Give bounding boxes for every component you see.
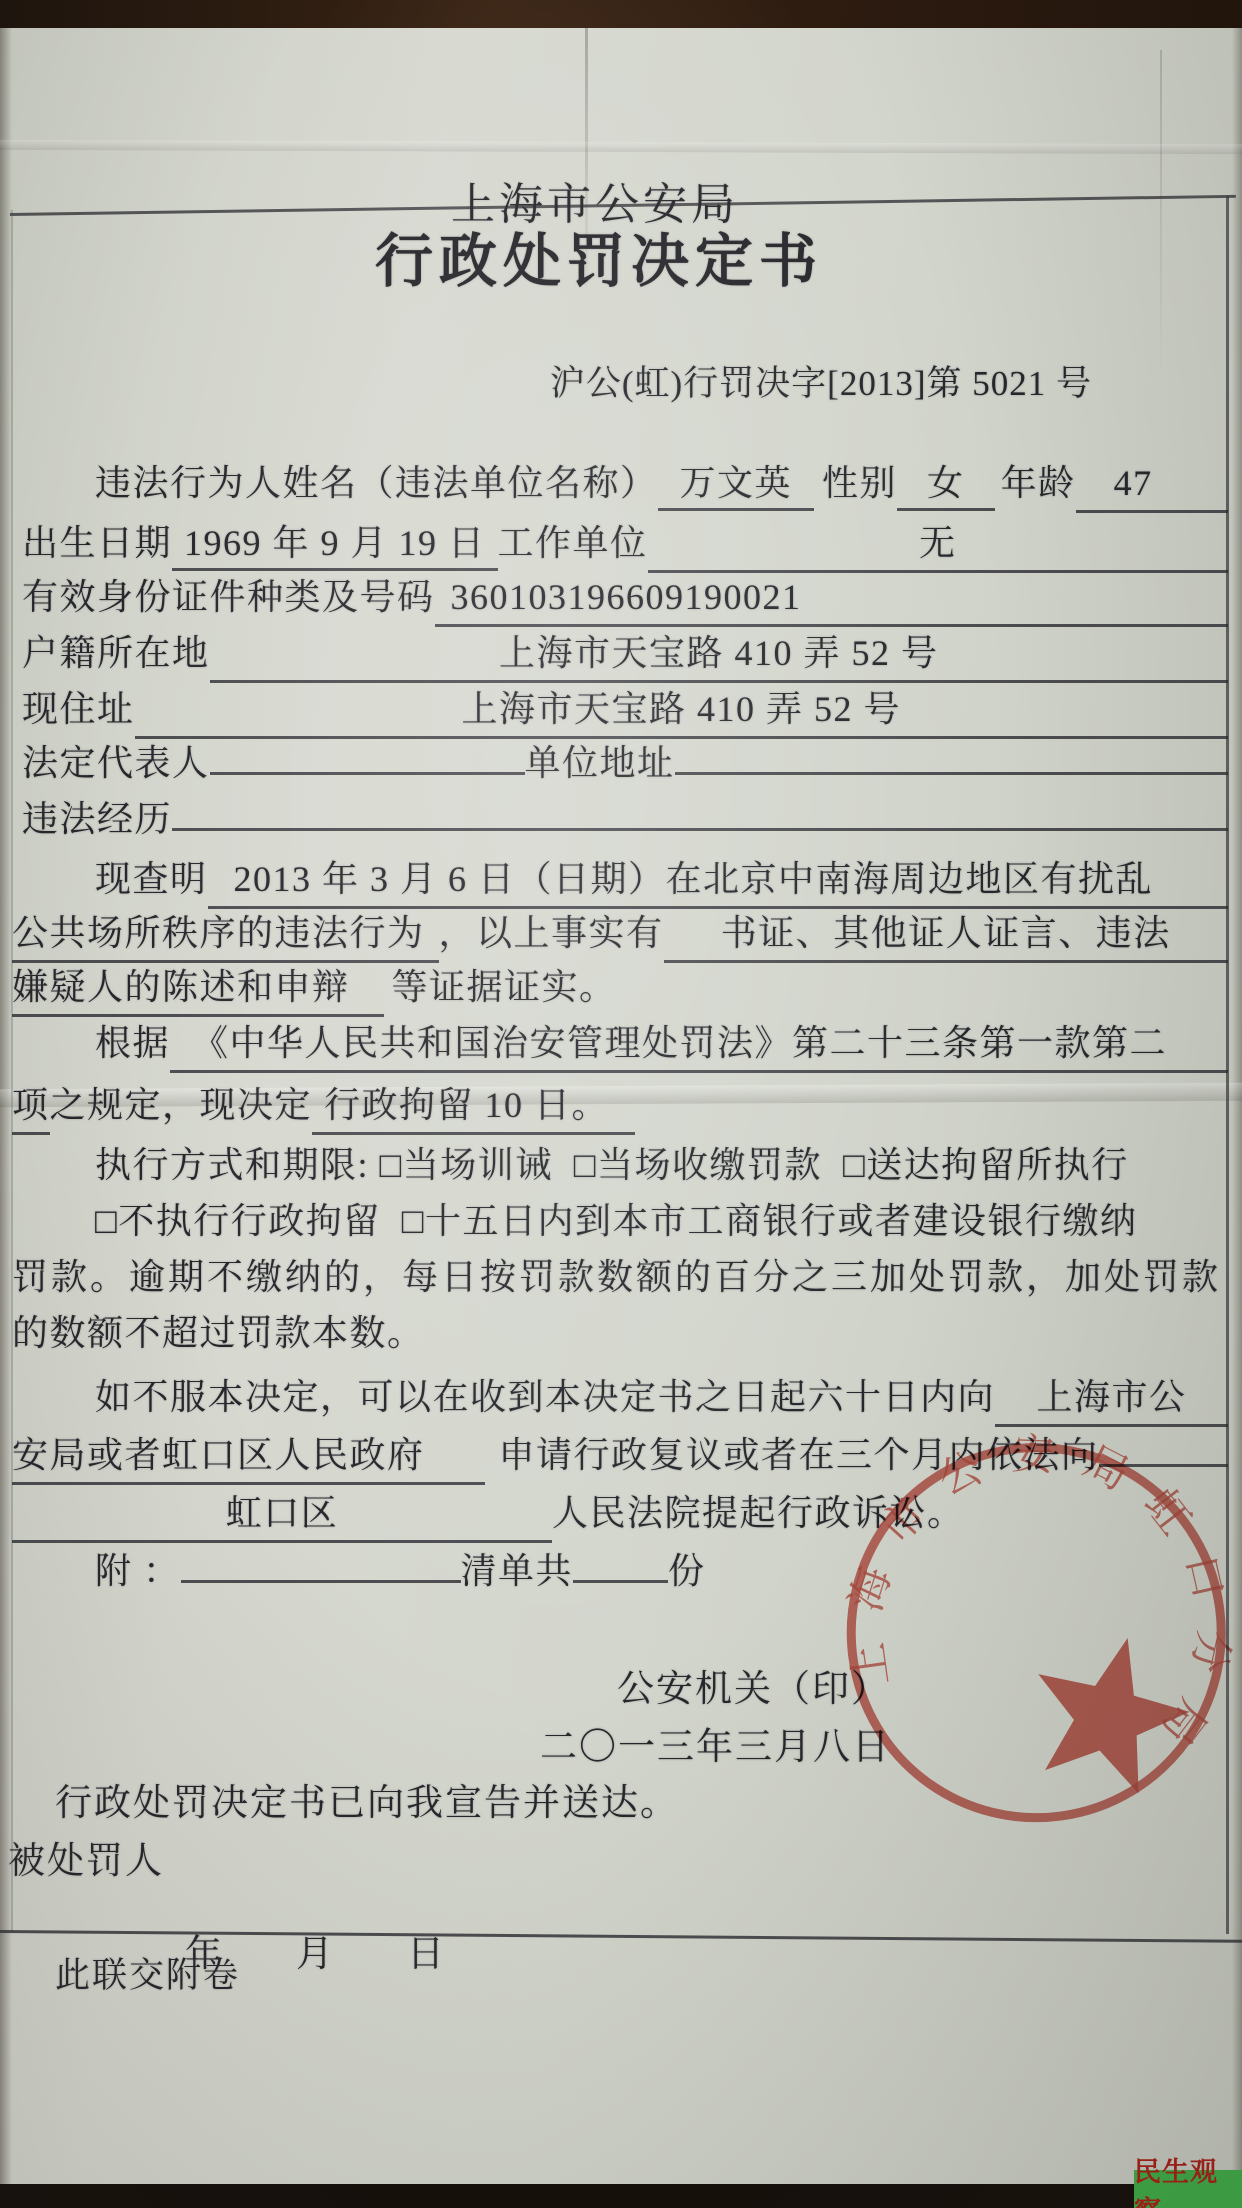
punished-person-label: 被处罚人 xyxy=(8,1830,164,1884)
findings-evidence2: 嫌疑人的陈述和申辩 xyxy=(12,962,384,1017)
unit-address-blank xyxy=(675,770,1228,775)
appeal-authority-2: 安局或者虹口区人民政府 xyxy=(12,1430,485,1485)
dob-value: 1969 年 9 月 19 日 xyxy=(172,518,498,571)
basis-text-cont: 项 xyxy=(12,1080,50,1135)
findings-intro: 现查明 xyxy=(95,854,208,904)
field-line-hukou: 户籍所在地 上海市天宝路 410 弄 52 号 xyxy=(22,628,1228,683)
appeal-court: 虹口区 xyxy=(12,1488,552,1543)
findings-mid: ，以上事实有 xyxy=(439,908,664,958)
field-line-record: 违法经历 xyxy=(22,794,1228,844)
findings-line-2: 公共场所秩序的违法行为 ，以上事实有 书证、其他证人证言、违法 xyxy=(12,908,1228,963)
legal-rep-label: 法定代表人 xyxy=(22,738,210,788)
delivery-notice: 行政处罚决定书已向我宣告并送达。 xyxy=(55,1772,679,1826)
work-unit-value: 无 xyxy=(648,518,1228,573)
document-number: 沪公(虹)行罚决字[2013]第 5021 号 xyxy=(0,356,1092,406)
attachment-blank-2 xyxy=(573,1578,668,1583)
id-value: 360103196609190021 xyxy=(435,572,1228,627)
decision-mid: 之规定，现决定 xyxy=(50,1080,313,1130)
document-title: 行政处罚决定书 xyxy=(0,214,1198,298)
month-label: 月 xyxy=(296,1934,335,1975)
copy-footer-note: 此联交附卷 xyxy=(55,1948,240,1998)
attachment-line: 附 ： 清单共 份 xyxy=(95,1546,706,1596)
address-value: 上海市天宝路 410 弄 52 号 xyxy=(135,684,1228,739)
legal-rep-blank xyxy=(210,770,525,775)
field-line-name: 违法行为人姓名（违法单位名称） 万文英 性别 女 年龄 47 xyxy=(95,458,1228,513)
photo-dark-edge-bottom xyxy=(0,2184,1242,2208)
appeal-authority-1: 上海市公 xyxy=(995,1372,1228,1427)
attachment-blank-1 xyxy=(181,1578,461,1583)
attachment-tail: 份 xyxy=(668,1546,706,1596)
findings-line-3: 嫌疑人的陈述和申辩 等证据证实。 xyxy=(12,962,617,1017)
execution-text-2: □不执行行政拘留 □十五日内到本市工商银行或者建设银行缴纳 xyxy=(95,1196,1138,1246)
field-line-legal-rep: 法定代表人 单位地址 xyxy=(22,738,1228,788)
hukou-value: 上海市天宝路 410 弄 52 号 xyxy=(210,628,1228,683)
field-line-dob: 出生日期 1969 年 9 月 19 日 工作单位 无 xyxy=(22,518,1228,573)
photo-of-document: 上海市公安局 行政处罚决定书 沪公(虹)行罚决字[2013]第 5021 号 违… xyxy=(0,0,1242,2208)
penalty-value: 行政拘留 10 日。 xyxy=(312,1080,635,1135)
age-label: 年龄 xyxy=(1001,458,1076,508)
execution-line-4: 的数额不超过罚款本数。 xyxy=(12,1308,425,1358)
execution-line-2: □不执行行政拘留 □十五日内到本市工商银行或者建设银行缴纳 xyxy=(95,1196,1138,1246)
address-label: 现住址 xyxy=(22,684,135,734)
basis-text: 《中华人民共和国治安管理处罚法》第二十三条第一款第二 xyxy=(170,1018,1228,1073)
field-line-id: 有效身份证件种类及号码 360103196609190021 xyxy=(22,572,1228,627)
basis-label: 根据 xyxy=(95,1018,170,1068)
sex-label: 性别 xyxy=(822,458,897,508)
day-label: 日 xyxy=(407,1934,446,1975)
findings-tail: 等证据证实。 xyxy=(392,962,617,1012)
name-label: 违法行为人姓名（违法单位名称） xyxy=(95,458,658,508)
id-label: 有效身份证件种类及号码 xyxy=(22,572,435,622)
photo-dark-edge-top xyxy=(0,0,1242,28)
appeal-line-3: 虹口区 人民法院提起行政诉讼。 xyxy=(12,1488,965,1543)
findings-line-1: 现查明 2013 年 3 月 6 日（日期）在北京中南海周边地区有扰乱 xyxy=(95,854,1228,909)
paper-shadow-right xyxy=(1232,28,1242,2184)
name-value: 万文英 xyxy=(658,458,815,511)
appeal-line-1: 如不服本决定，可以在收到本决定书之日起六十日内向 上海市公 xyxy=(95,1372,1228,1427)
field-line-address: 现住址 上海市天宝路 410 弄 52 号 xyxy=(22,684,1228,739)
findings-fact1: 2013 年 3 月 6 日（日期）在北京中南海周边地区有扰乱 xyxy=(208,854,1228,909)
decision-line-1: 根据 《中华人民共和国治安管理处罚法》第二十三条第一款第二 xyxy=(95,1018,1228,1073)
dob-label: 出生日期 xyxy=(22,518,172,568)
decision-line-2: 项 之规定，现决定 行政拘留 10 日。 xyxy=(12,1080,635,1135)
findings-fact2: 公共场所秩序的违法行为 xyxy=(12,908,439,963)
attachment-mid: 清单共 xyxy=(461,1546,574,1596)
attachment-label: 附 ： xyxy=(95,1546,181,1596)
work-unit-label: 工作单位 xyxy=(498,518,648,568)
findings-evidence1: 书证、其他证人证言、违法 xyxy=(664,908,1228,963)
seal-star xyxy=(1016,1619,1203,1801)
record-blank xyxy=(172,826,1228,831)
age-value: 47 xyxy=(1076,458,1228,513)
record-label: 违法经历 xyxy=(22,794,172,844)
execution-line-3: 罚款。逾期不缴纳的，每日按罚款数额的百分之三加处罚款，加处罚款 xyxy=(12,1252,1221,1302)
execution-line-1: 执行方式和期限: □当场训诫 □当场收缴罚款 □送达拘留所执行 xyxy=(95,1140,1129,1190)
sex-value: 女 xyxy=(897,458,995,511)
hukou-label: 户籍所在地 xyxy=(22,628,210,678)
appeal-text-1: 如不服本决定，可以在收到本决定书之日起六十日内向 xyxy=(95,1372,995,1422)
site-watermark: 民生观察 xyxy=(1134,2170,1242,2208)
form-border-left xyxy=(11,210,13,1932)
execution-text-3: 罚款。逾期不缴纳的，每日按罚款数额的百分之三加处罚款，加处罚款 xyxy=(12,1252,1221,1302)
unit-address-label: 单位地址 xyxy=(525,738,675,788)
execution-text-1: 执行方式和期限: □当场训诫 □当场收缴罚款 □送达拘留所执行 xyxy=(95,1140,1129,1190)
execution-text-4: 的数额不超过罚款本数。 xyxy=(12,1308,425,1358)
